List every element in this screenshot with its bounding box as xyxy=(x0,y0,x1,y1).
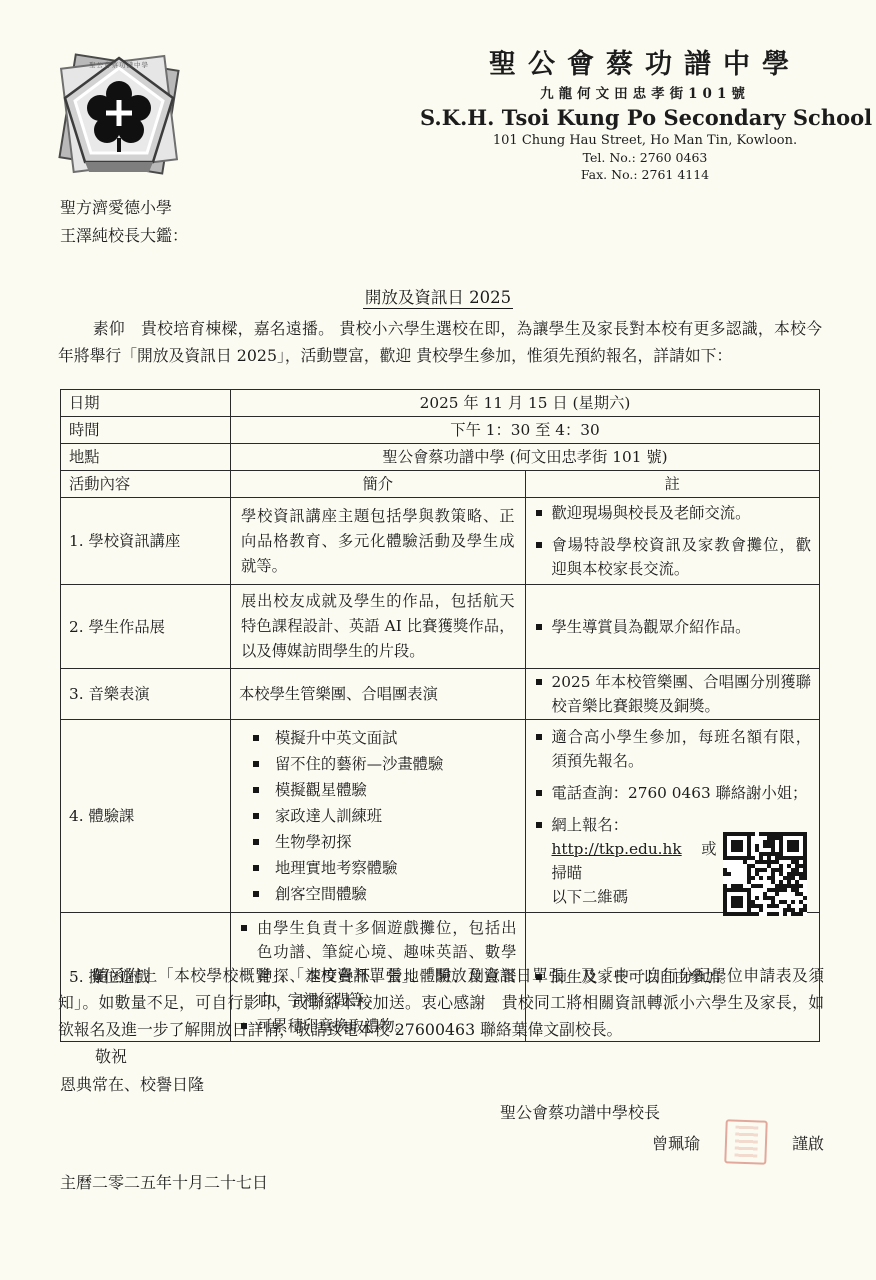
venue-label: 地點 xyxy=(61,444,231,471)
activity-row-2: 2. 學生作品展 展出校友成就及學生的作品，包括航天特色課程設計、英語 AI 比… xyxy=(61,585,820,669)
note-item: 歡迎現場與校長及老師交流。 xyxy=(534,501,812,525)
experience-item: 留不住的藝術—沙畫體驗 xyxy=(239,752,517,776)
activity-3-desc: 本校學生管樂團、合唱團表演 xyxy=(231,669,526,720)
col-header-notes: 註 xyxy=(525,471,820,498)
activity-2-desc: 展出校友成就及學生的作品，包括航天特色課程設計、英語 AI 比賽獲獎作品，以及傳… xyxy=(231,585,526,669)
activity-4-notes: 適合高小學生參加，每班名額有限，須預先報名。 電話查詢：2760 0463 聯絡… xyxy=(525,720,820,913)
crest-text: 聖公會蔡功譜中學 xyxy=(89,60,149,69)
school-name-en: S.K.H. Tsoi Kung Po Secondary School xyxy=(420,105,870,131)
square-bullet-icon xyxy=(253,865,259,871)
activity-1-desc: 學校資訊講座主題包括學與教策略、正向品格教育、多元化體驗活動及學生成就等。 xyxy=(231,498,526,585)
note-item: 適合高小學生參加，每班名額有限，須預先報名。 xyxy=(534,725,812,773)
note-item: 2025 年本校管樂團、合唱團分別獲聯校音樂比賽銀獎及銅獎。 xyxy=(534,670,812,718)
table-header-row: 活動內容 簡介 註 xyxy=(61,471,820,498)
table-row-venue: 地點 聖公會蔡功譜中學 (何文田忠孝街 101 號) xyxy=(61,444,820,471)
date-label: 日期 xyxy=(61,390,231,417)
recipient-block: 聖方濟愛德小學 王澤純校長大鑑： xyxy=(60,194,188,250)
note-item: 會場特設學校資訊及家教會攤位，歡迎與本校家長交流。 xyxy=(534,533,812,581)
signature-school-title: 聖公會蔡功譜中學校長 xyxy=(500,1100,660,1123)
intro-paragraph: 素仰 貴校培育棟樑，嘉名遠播。 貴校小六學生選校在即，為讓學生及家長對本校有更多… xyxy=(58,316,822,369)
square-bullet-icon xyxy=(536,510,542,516)
venue-value: 聖公會蔡功譜中學 (何文田忠孝街 101 號) xyxy=(231,444,820,471)
square-bullet-icon xyxy=(536,822,542,828)
activity-3-notes: 2025 年本校管樂團、合唱團分別獲聯校音樂比賽銀獎及銅獎。 xyxy=(525,669,820,720)
letter-date: 主曆二零二五年十月二十七日 xyxy=(60,1170,268,1193)
activity-4-name: 4. 體驗課 xyxy=(61,720,231,913)
activity-1-name: 1. 學校資訊講座 xyxy=(61,498,231,585)
letterhead: 聖公會蔡功譜中學 九龍何文田忠孝街101號 S.K.H. Tsoi Kung P… xyxy=(420,48,870,182)
activity-row-4: 4. 體驗課 模擬升中英文面試 留不住的藝術—沙畫體驗 模擬觀星體驗 家政達人訓… xyxy=(61,720,820,913)
square-bullet-icon xyxy=(536,734,542,740)
school-crest-logo: 聖公會蔡功譜中學 xyxy=(40,44,198,182)
square-bullet-icon xyxy=(253,839,259,845)
crest-pentagon-flower-icon: 聖公會蔡功譜中學 xyxy=(40,44,198,182)
experience-item: 地理實地考察體驗 xyxy=(239,856,517,880)
school-name-zh: 聖公會蔡功譜中學 xyxy=(420,48,870,82)
experience-item: 家政達人訓練班 xyxy=(239,804,517,828)
recipient-salutation: 王澤純校長大鑑： xyxy=(60,222,188,250)
experience-item: 生物學初探 xyxy=(239,830,517,854)
square-bullet-icon xyxy=(241,925,247,931)
open-day-info-table: 日期 2025 年 11 月 15 日 (星期六) 時間 下午 1：30 至 4… xyxy=(60,389,820,1042)
tel-number: Tel. No.: 2760 0463 xyxy=(420,150,870,166)
qr-code xyxy=(723,832,807,916)
square-bullet-icon xyxy=(253,761,259,767)
time-label: 時間 xyxy=(61,417,231,444)
signature-row: 曾珮瑜 謹啟 xyxy=(652,1118,824,1166)
activity-row-3: 3. 音樂表演 本校學生管樂團、合唱團表演 2025 年本校管樂團、合唱團分別獲… xyxy=(61,669,820,720)
date-value: 2025 年 11 月 15 日 (星期六) xyxy=(231,390,820,417)
recipient-school: 聖方濟愛德小學 xyxy=(60,194,188,222)
activity-1-notes: 歡迎現場與校長及老師交流。 會場特設學校資訊及家教會攤位，歡迎與本校家長交流。 xyxy=(525,498,820,585)
table-row-time: 時間 下午 1：30 至 4：30 xyxy=(61,417,820,444)
activity-2-notes: 學生導賞員為觀眾介紹作品。 xyxy=(525,585,820,669)
experience-item: 創客空間體驗 xyxy=(239,882,517,906)
col-header-activity: 活動內容 xyxy=(61,471,231,498)
principal-seal-stamp xyxy=(724,1119,768,1164)
farewell-leadin: 敬祝 xyxy=(95,1044,127,1067)
square-bullet-icon xyxy=(253,787,259,793)
principal-name: 曾珮瑜 xyxy=(652,1131,700,1154)
farewell-blessing: 恩典常在、校譽日隆 xyxy=(60,1072,204,1095)
col-header-intro: 簡介 xyxy=(231,471,526,498)
experience-item: 模擬觀星體驗 xyxy=(239,778,517,802)
square-bullet-icon xyxy=(536,790,542,796)
table-row-date: 日期 2025 年 11 月 15 日 (星期六) xyxy=(61,390,820,417)
time-value: 下午 1：30 至 4：30 xyxy=(231,417,820,444)
square-bullet-icon xyxy=(253,891,259,897)
square-bullet-icon xyxy=(536,542,542,548)
scan-qr-text: 以下二維碼 xyxy=(552,888,629,906)
school-address-zh: 九龍何文田忠孝街101號 xyxy=(420,86,870,103)
square-bullet-icon xyxy=(253,735,259,741)
activity-3-name: 3. 音樂表演 xyxy=(61,669,231,720)
square-bullet-icon xyxy=(253,813,259,819)
closing-paragraph: 隨函附上「本校學校概覽」、「本校資訊單張」、「開放及資訊日單張」及「中一自行分配… xyxy=(58,962,824,1043)
fax-number: Fax. No.: 2761 4114 xyxy=(420,167,870,183)
square-bullet-icon xyxy=(536,679,542,685)
activity-4-desc: 模擬升中英文面試 留不住的藝術—沙畫體驗 模擬觀星體驗 家政達人訓練班 生物學初… xyxy=(231,720,526,913)
note-item: 學生導賞員為觀眾介紹作品。 xyxy=(534,615,812,639)
registration-link[interactable]: http://tkp.edu.hk xyxy=(552,840,682,858)
square-bullet-icon xyxy=(536,624,542,630)
online-reg-label: 網上報名： xyxy=(552,816,629,834)
activity-2-name: 2. 學生作品展 xyxy=(61,585,231,669)
school-address-en: 101 Chung Hau Street, Ho Man Tin, Kowloo… xyxy=(420,133,870,149)
signature-suffix: 謹啟 xyxy=(792,1131,824,1154)
note-item: 電話查詢：2760 0463 聯絡謝小姐； xyxy=(534,781,812,805)
document-title: 開放及資訊日 2025 xyxy=(0,284,876,308)
experience-item: 模擬升中英文面試 xyxy=(239,726,517,750)
activity-row-1: 1. 學校資訊講座 學校資訊講座主題包括學與教策略、正向品格教育、多元化體驗活動… xyxy=(61,498,820,585)
